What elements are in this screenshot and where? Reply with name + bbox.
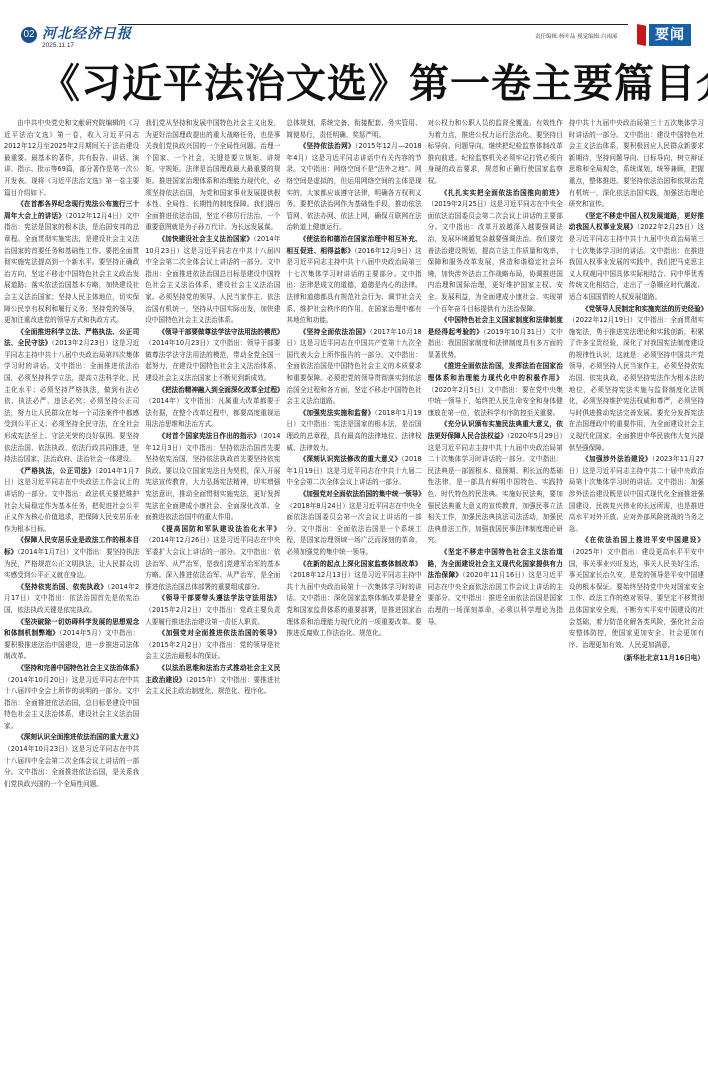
article-paragraph: 《坚定不移走中国特色社会主义法治道路，为全面建设社会主义现代化国家提供有力法治保… — [428, 547, 563, 628]
item-text: （2020年5月29日）这是习近平同志主持中共十九届中央政治局第二十次集体学习时… — [428, 432, 563, 544]
page-headline: 《习近平法治文选》第一卷主要篇目介绍 — [40, 58, 680, 110]
section-badge: 要闻 — [637, 24, 691, 46]
item-title: 《坚持全面依法治国》 — [300, 328, 370, 336]
article-body: 由中共中央党史和文献研究院编辑的《习近平法治文选》第一卷，收入习近平同志2012… — [4, 118, 704, 1083]
item-text: （2014年12月3日）文中指出：坚持依法治国首先要坚持依宪治国，坚持依法执政首… — [145, 432, 280, 521]
article-paragraph: 《坚持依宪治国、依宪执政》（2014年2月17日）文中指出：依法治国首先是依宪治… — [4, 582, 139, 617]
item-text: （2020年11月16日）这是习近平同志在中央全面依法治国工作会议上讲话的主要部… — [428, 571, 563, 625]
item-text: 对公权力和公职人员的监督全覆盖、有效性作为着力点，推进公权力运行法治化。要坚持目… — [428, 119, 563, 185]
item-title: 《推进全面依法治国，发挥法治在国家治理体系和治理能力现代化中的积极作用》 — [428, 362, 563, 382]
item-title: 《提高国防和军队建设法治化水平》 — [158, 525, 280, 533]
item-text: （2014年12月26日）这是习近平同志在中央军委扩大会议上讲话的一部分。文中指… — [145, 536, 280, 590]
article-paragraph: 《严格执法，公正司法》（2014年1月7日）这是习近平同志在中央政法工作会议上的… — [4, 466, 139, 536]
article-paragraph: 《加快建设社会主义法治国家》（2014年10月23日）这是习近平同志在中共十八届… — [145, 234, 280, 327]
item-text: （2014年10月23日）这是习近平同志在中共十八届四中全会第二次全体会议上讲话… — [4, 745, 139, 788]
article-paragraph: 《加强涉外法治建设》（2023年11月27日）这是习近平同志主持中共二十届中央政… — [569, 454, 704, 535]
article-paragraph: 《坚持和完善中国特色社会主义法治体系》（2014年10月20日）这是习近平同志在… — [4, 663, 139, 733]
article-paragraph: 由中共中央党史和文献研究院编辑的《习近平法治文选》第一卷，收入习近平同志2012… — [4, 118, 139, 199]
item-text: （2018年12月13日）这是习近平同志主持中共十九届中央政治局第十一次集体学习… — [286, 571, 421, 637]
column-2: 我们党从坚持和发展中国特色社会主义出发，为更好治国理政提出的重大战略任务，也是事… — [145, 118, 280, 1083]
item-title: 《坚持和完善中国特色社会主义法治体系》 — [17, 664, 139, 672]
issue-date: 2025.11.17 — [42, 42, 74, 49]
article-paragraph: 《充分认识颁布实施民法典重大意义，依法更好保障人民合法权益》（2020年5月29… — [428, 419, 563, 547]
item-title: 《坚持依法治网》 — [300, 142, 355, 150]
news-agency-byline: （新华社北京11月16日电） — [569, 653, 704, 665]
item-text: （2017年10月18日）这是习近平同志在中国共产党第十九次全国代表大会上所作报… — [286, 328, 421, 406]
article-paragraph: 《推进全面依法治国，发挥法治在国家治理体系和治理能力现代化中的积极作用》（202… — [428, 361, 563, 419]
section-label: 要闻 — [649, 24, 691, 46]
item-text: （2020年2月5日）文中指出：要在党中央集中统一领导下，始终把人民生命安全和身… — [428, 386, 563, 417]
item-title: 《加强党对全面依法治国的集中统一领导》 — [300, 490, 422, 498]
article-paragraph: 《加强党对全面推进依法治国的领导》（2015年2月2日）文中指出：党的领导是社会… — [145, 628, 280, 663]
article-paragraph: 《领导干部要做尊法学法守法用法的模范》（2014年10月23日）文中指出：领导干… — [145, 327, 280, 385]
column-4: 对公权力和公职人员的监督全覆盖、有效性作为着力点，推进公权力运行法治化。要坚持目… — [428, 118, 563, 1083]
item-text: （2023年11月27日）这是习近平同志主持中共二十届中央政治局第十次集体学习时… — [569, 455, 704, 533]
paper-logo: 河北经济日报 — [42, 23, 132, 43]
item-text: （2014年1月7日）这是习近平同志在中央政法工作会议上的讲话的一部分。文中指出… — [4, 467, 139, 533]
item-text: （2015年12月—2018年4月）这是习近平同志讲话中有关内容的节录。文中指出… — [286, 142, 421, 231]
item-title: 《严格执法，公正司法》 — [17, 467, 95, 475]
header-rule — [118, 24, 628, 25]
item-text: （2018年8月24日）这是习近平同志在中央全面依法治国委员会第一次会议上讲话的… — [286, 502, 421, 556]
article-paragraph: 《扎扎实实把全面依法治国推向前进》（2019年2月25日）这是习近平同志在中央全… — [428, 188, 563, 316]
article-paragraph: 《对首个国家宪法日作出的指示》（2014年12月3日）文中指出：坚持依法治国首先… — [145, 431, 280, 524]
article-paragraph: 《坚持依法治网》（2015年12月—2018年4月）这是习近平同志讲话中有关内容… — [286, 141, 421, 234]
column-3: 总体规划，系统完备、衔接配套、务实管用、简便易行，责任明确、奖惩严明。《坚持依法… — [286, 118, 421, 1083]
item-text: （2013年2月23日）这是习近平同志主持中共十八届中央政治局第四次集体学习时的… — [4, 339, 139, 463]
article-paragraph: 《使法治和德治在国家治理中相互补充、相互促进、相得益彰》（2016年12月9日）… — [286, 234, 421, 327]
item-title: 《在新的起点上深化国家监察体制改革》 — [300, 560, 422, 568]
article-paragraph: 《把法治精神融入到全面深化改革全过程》（2014年）文中指出：凡属重大改革都要于… — [145, 385, 280, 431]
item-text: （2015年2月2日）文中指出：党的领导是社会主义法治最根本的保证。 — [145, 641, 280, 661]
item-title: 《加强党对全面推进依法治国的领导》 — [158, 629, 280, 637]
article-paragraph: 《以法治思维和法治方式推动社会主义民主政治建设》（2015年）文中指出：要推进社… — [145, 663, 280, 698]
page-number-badge: 02 — [21, 27, 37, 43]
item-text: （2014年）文中指出：凡属重大改革都要于法有据，在整个改革过程中，都要高度重视… — [145, 397, 280, 428]
item-text: 总体规划，系统完备、衔接配套、务实管用、简便易行，责任明确、奖惩严明。 — [286, 119, 421, 139]
bookmark-flag-icon — [637, 24, 646, 46]
item-text: （2022年2月25日）这是习近平同志主持中共十九届中央政治局第三十七次集体学习… — [569, 223, 704, 301]
item-text: （2014年1月7日）文中指出：要坚持执法为民，严格规范公正文明执法，让人民群众… — [4, 548, 139, 579]
item-text: （2014年10月23日）文中指出：领导干部要做尊法学法守法用法的模范，带动全党… — [145, 339, 280, 382]
article-paragraph: 《坚决破除一切妨碍科学发展的思想观念和体制机制弊端》（2014年5月）文中指出：… — [4, 617, 139, 663]
article-paragraph: 《保障人民安居乐业是政法工作的根本目标》（2014年1月7日）文中指出：要坚持执… — [4, 535, 139, 581]
column-1: 由中共中央党史和文献研究院编辑的《习近平法治文选》第一卷，收入习近平同志2012… — [4, 118, 139, 1083]
article-paragraph: 对公权力和公职人员的监督全覆盖、有效性作为着力点，推进公权力运行法治化。要坚持目… — [428, 118, 563, 188]
item-text: （2014年10月23日）这是习近平同志在中共十八届四中全会第二次全体会议上讲话… — [145, 235, 280, 324]
article-paragraph: 《党领导人民制定和实施宪法的历史经验》（2022年12月19日）文中指出：全面贯… — [569, 304, 704, 455]
item-title: 《在依法治国上推进平安中国建设》 — [582, 536, 704, 544]
item-text: （2022年12月19日）文中指出：全面贯彻实施宪法，勇于推进宪法理论和实践创新… — [569, 316, 704, 452]
article-paragraph: 《全面推进科学立法、严格执法、公正司法、全民守法》（2013年2月23日）这是习… — [4, 327, 139, 466]
item-text: （2019年2月25日）这是习近平同志在中央全面依法治国委员会第二次会议上讲话的… — [428, 200, 563, 312]
article-paragraph: 总体规划，系统完备、衔接配套、务实管用、简便易行，责任明确、奖惩严明。 — [286, 118, 421, 141]
item-text: （2016年12月9日）这是习近平同志主持中共十八届中央政治局第三十七次集体学习… — [286, 247, 421, 325]
item-title: 《领导干部要带头遵法学法守法用法》 — [158, 594, 280, 602]
item-text: 我们党从坚持和发展中国特色社会主义出发，为更好治国理政提出的重大战略任务，也是事… — [145, 119, 280, 231]
item-title: 《党领导人民制定和实施宪法的历史经验》 — [582, 305, 704, 313]
item-title: 《加强宪法实施和监督》 — [300, 409, 375, 417]
item-title: 《坚持依宪治国、依宪执政》 — [17, 583, 107, 591]
item-title: 《把法治精神融入到全面深化改革全过程》 — [158, 386, 280, 394]
article-paragraph: 《提高国防和军队建设法治化水平》（2014年12月26日）这是习近平同志在中央军… — [145, 524, 280, 594]
article-paragraph: 《加强宪法实施和监督》（2018年1月19日）文中指出：宪法是国家的根本法，是治… — [286, 408, 421, 454]
column-5: 持中共十九届中央政治局第三十五次集体学习时讲话的一部分。文中指出：建设中国特色社… — [569, 118, 704, 1083]
item-title: 《对首个国家宪法日作出的指示》 — [158, 432, 260, 440]
item-text: （2025年）文中指出：建设更高水平平安中国，事关事业兴旺发达，事关人民美好生活… — [569, 548, 704, 649]
article-paragraph: 《中国特色社会主义国家制度和法律制度是经得起考验的》（2019年10月31日）文… — [428, 315, 563, 361]
item-title: 《领导干部要做尊法学法守法用法的模范》 — [158, 328, 280, 336]
article-paragraph: 《加强党对全面依法治国的集中统一领导》（2018年8月24日）这是习近平同志在中… — [286, 489, 421, 559]
article-paragraph: 《坚定不移走中国人权发展道路，更好推动我国人权事业发展》（2022年2月25日）… — [569, 211, 704, 304]
article-paragraph: 《坚持全面依法治国》（2017年10月18日）这是习近平同志在中国共产党第十九次… — [286, 327, 421, 408]
article-paragraph: 《在新的起点上深化国家监察体制改革》（2018年12月13日）这是习近平同志主持… — [286, 559, 421, 640]
article-paragraph: 《在依法治国上推进平安中国建设》（2025年）文中指出：建设更高水平平安中国，事… — [569, 535, 704, 651]
item-title: 《加强涉外法治建设》 — [582, 455, 652, 463]
article-paragraph: 我们党从坚持和发展中国特色社会主义出发，为更好治国理政提出的重大战略任务，也是事… — [145, 118, 280, 234]
item-title: 《深刻认识宪法修改的重大意义》 — [300, 455, 402, 463]
item-title: 《扎扎实实把全面依法治国推向前进》 — [441, 189, 563, 197]
editor-credit: 责任编辑:杨叶品 视觉编辑:白雨浠 — [535, 32, 617, 40]
masthead: 02 河北经济日报 2025.11.17 责任编辑:杨叶品 视觉编辑:白雨浠 要… — [0, 0, 708, 52]
item-title: 《深刻认识全面推进依法治国的重大意义》 — [17, 733, 139, 741]
item-text: 持中共十九届中央政治局第三十五次集体学习时讲话的一部分。文中指出：建设中国特色社… — [569, 119, 704, 208]
item-text: （2012年12月4日）文中指出：宪法是国家的根本法，是治国安邦的总章程。全面贯… — [4, 212, 139, 324]
article-paragraph: 《深刻认识宪法修改的重大意义》（2018年1月19日）这是习近平同志在中共十九届… — [286, 454, 421, 489]
item-title: 《加快建设社会主义法治国家》 — [158, 235, 253, 243]
item-text: 由中共中央党史和文献研究院编辑的《习近平法治文选》第一卷，收入习近平同志2012… — [4, 119, 139, 197]
article-paragraph: 《在首都各界纪念现行宪法公布施行三十周年大会上的讲话》（2012年12月4日）文… — [4, 199, 139, 327]
article-paragraph: 《深刻认识全面推进依法治国的重大意义》（2014年10月23日）这是习近平同志在… — [4, 732, 139, 790]
item-text: （2015年2月2日）文中指出：党政主要负责人要履行推进法治建设第一责任人职责。 — [145, 606, 280, 626]
article-paragraph: 《领导干部要带头遵法学法守法用法》（2015年2月2日）文中指出：党政主要负责人… — [145, 593, 280, 628]
article-paragraph: 持中共十九届中央政治局第三十五次集体学习时讲话的一部分。文中指出：建设中国特色社… — [569, 118, 704, 211]
item-text: （2014年10月20日）这是习近平同志在中共十八届四中全会上所作的说明的一部分… — [4, 676, 139, 730]
